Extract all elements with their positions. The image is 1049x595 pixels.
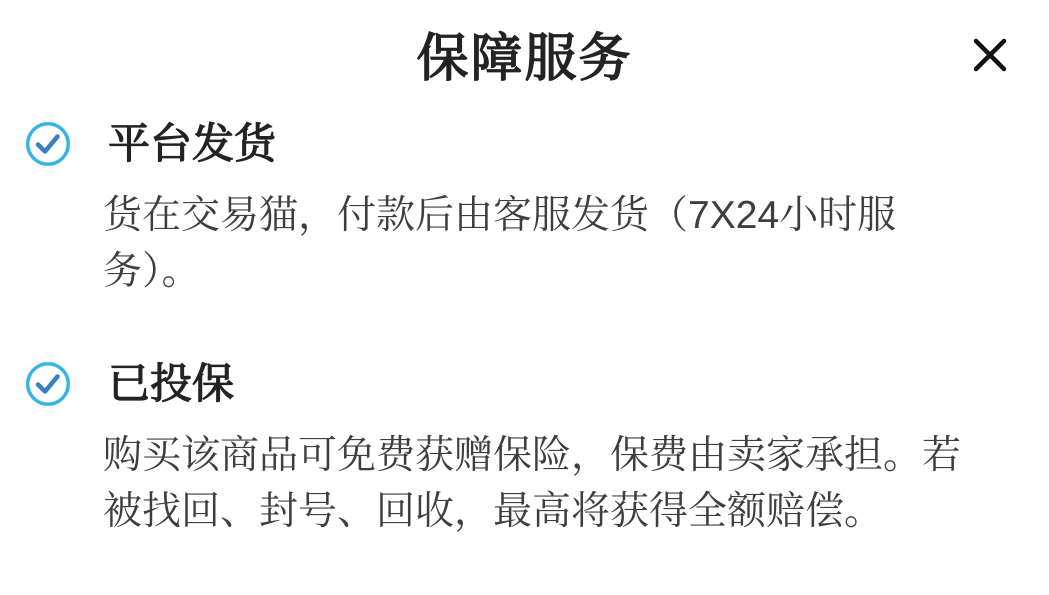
close-icon (968, 33, 1012, 77)
section-insured: 已投保 购买该商品可免费获赠保险，保费由卖家承担。若 被找回、封号、回收，最高将… (0, 356, 1049, 540)
section-heading: 已投保 (108, 356, 234, 412)
check-circle-icon (25, 121, 71, 167)
modal-title: 保障服务 (0, 30, 1049, 88)
section-heading: 平台发货 (108, 116, 276, 172)
section-heading-row: 平台发货 (0, 116, 1049, 172)
modal-header: 保障服务 (0, 0, 1049, 88)
section-body: 货在交易猫，付款后由客服发货（7X24小时服 务）。 (103, 188, 983, 300)
guarantee-services-modal: 保障服务 平台发货 货在交易猫，付款后由客服发货（7X24小时服 务）。 (0, 0, 1049, 595)
section-heading-row: 已投保 (0, 356, 1049, 412)
check-circle-icon (25, 361, 71, 407)
close-button[interactable] (965, 30, 1015, 80)
section-body: 购买该商品可免费获赠保险，保费由卖家承担。若 被找回、封号、回收，最高将获得全额… (103, 428, 983, 540)
section-platform-shipping: 平台发货 货在交易猫，付款后由客服发货（7X24小时服 务）。 (0, 116, 1049, 300)
